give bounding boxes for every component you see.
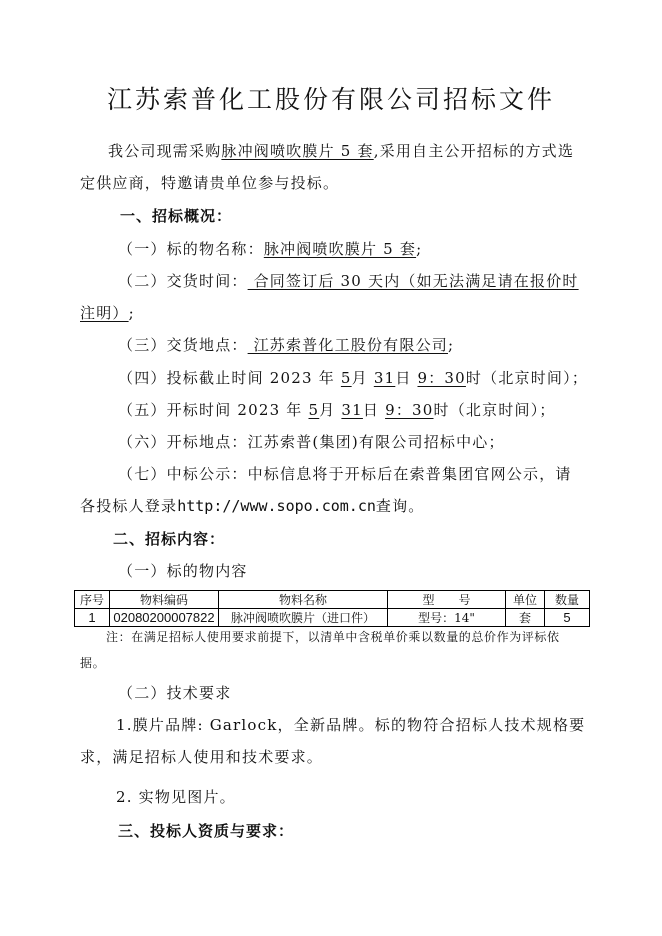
item7-suffix: 查询。 <box>376 497 425 515</box>
section2-sub1: （一）标的物内容 <box>118 560 248 581</box>
header-qty: 数量 <box>545 591 590 609</box>
requirement-2: 2. 实物见图片。 <box>116 786 236 807</box>
item1-label: （一）标的物名称： <box>118 240 264 258</box>
item5-month: 5 <box>308 401 319 419</box>
item7-prefix: 各投标人登录 <box>80 497 177 515</box>
item4-suffix: 时（北京时间）； <box>466 369 588 387</box>
item1-end: ; <box>416 240 422 258</box>
header-name: 物料名称 <box>219 591 388 609</box>
intro-line-2: 定供应商，特邀请贵单位参与投标。 <box>80 172 339 193</box>
item2-label: （二）交货时间： <box>118 272 248 290</box>
cell-name: 脉冲阀喷吹膜片（进口件） <box>219 609 388 627</box>
sopo-website-link[interactable]: http://www.sopo.com.cn <box>177 497 376 515</box>
item1-value: 脉冲阀喷吹膜片 5 套 <box>264 240 416 258</box>
cell-code: 02080200007822 <box>110 609 219 627</box>
item2-value-1: 合同签订后 30 天内（如无法满足请在报价时 <box>248 272 579 290</box>
cell-qty: 5 <box>545 609 590 627</box>
section1-item3: （三）交货地点： 江苏索普化工股份有限公司; <box>118 334 454 355</box>
section1-item7-line2: 各投标人登录http://www.sopo.com.cn查询。 <box>80 495 425 516</box>
item4-day: 31 <box>374 369 396 387</box>
section3-heading: 三、投标人资质与要求： <box>118 820 294 841</box>
table-note-line1: 注：在满足招标人使用要求前提下，以清单中含税单价乘以数量的总价作为评标依 <box>106 628 560 645</box>
section1-item2-line2: 注明）; <box>80 302 135 323</box>
item2-end: ; <box>129 304 135 322</box>
requirement-1-line1: 1.膜片品牌: Garlock，全新品牌。标的物符合招标人技术规格要 <box>116 714 585 735</box>
intro-prefix: 我公司现需采购 <box>108 142 221 160</box>
section1-heading: 一、招标概况： <box>120 205 232 226</box>
item5-month-unit: 月 <box>319 401 335 419</box>
item4-month: 5 <box>341 369 352 387</box>
header-seq: 序号 <box>75 591 110 609</box>
item3-label: （三）交货地点： <box>118 336 248 354</box>
item4-label: （四）投标截止时间 2023 年 <box>118 369 335 387</box>
item5-day-unit: 日 <box>363 401 379 419</box>
intro-line-1: 我公司现需采购脉冲阀喷吹膜片 5 套,采用自主公开招标的方式选 <box>108 140 574 161</box>
item4-time: 9：30 <box>417 369 465 387</box>
header-code: 物料编码 <box>110 591 219 609</box>
header-model: 型 号 <box>388 591 506 609</box>
cell-seq: 1 <box>75 609 110 627</box>
items-table: 序号 物料编码 物料名称 型 号 单位 数量 1 02080200007822 … <box>74 590 590 627</box>
section1-item4: （四）投标截止时间 2023 年 5月 31日 9：30时（北京时间）； <box>118 367 588 388</box>
table-row: 1 02080200007822 脉冲阀喷吹膜片（进口件） 型号：14" 套 5 <box>75 609 590 627</box>
section2-heading: 二、招标内容： <box>113 528 225 549</box>
requirement-1-line2: 求，满足招标人使用和技术要求。 <box>80 746 323 767</box>
item5-day: 31 <box>341 401 363 419</box>
item4-day-unit: 日 <box>395 369 411 387</box>
item4-month-unit: 月 <box>352 369 368 387</box>
section1-item1: （一）标的物名称：脉冲阀喷吹膜片 5 套; <box>118 238 422 259</box>
table-header-row: 序号 物料编码 物料名称 型 号 单位 数量 <box>75 591 590 609</box>
item5-label: （五）开标时间 2023 年 <box>118 401 303 419</box>
item5-suffix: 时（北京时间）； <box>434 401 556 419</box>
section1-item6: （六）开标地点：江苏索普(集团)有限公司招标中心； <box>118 431 505 452</box>
table-note-line2: 据。 <box>80 654 105 671</box>
item2-value-2: 注明） <box>80 304 129 322</box>
section2-sub2: （二）技术要求 <box>118 682 231 703</box>
header-unit: 单位 <box>506 591 545 609</box>
cell-model: 型号：14" <box>388 609 506 627</box>
cell-unit: 套 <box>506 609 545 627</box>
section1-item2-line1: （二）交货时间： 合同签订后 30 天内（如无法满足请在报价时 <box>118 270 579 291</box>
section1-item5: （五）开标时间 2023 年 5月 31日 9：30时（北京时间）； <box>118 399 556 420</box>
item3-end: ; <box>448 336 454 354</box>
intro-item: 脉冲阀喷吹膜片 5 套 <box>221 142 373 160</box>
intro-suffix: ,采用自主公开招标的方式选 <box>374 142 574 160</box>
item5-time: 9：30 <box>385 401 433 419</box>
section1-item7-line1: （七）中标公示：中标信息将于开标后在索普集团官网公示，请 <box>118 463 572 484</box>
item3-value: 江苏索普化工股份有限公司 <box>248 336 448 354</box>
document-title: 江苏索普化工股份有限公司招标文件 <box>0 80 662 116</box>
